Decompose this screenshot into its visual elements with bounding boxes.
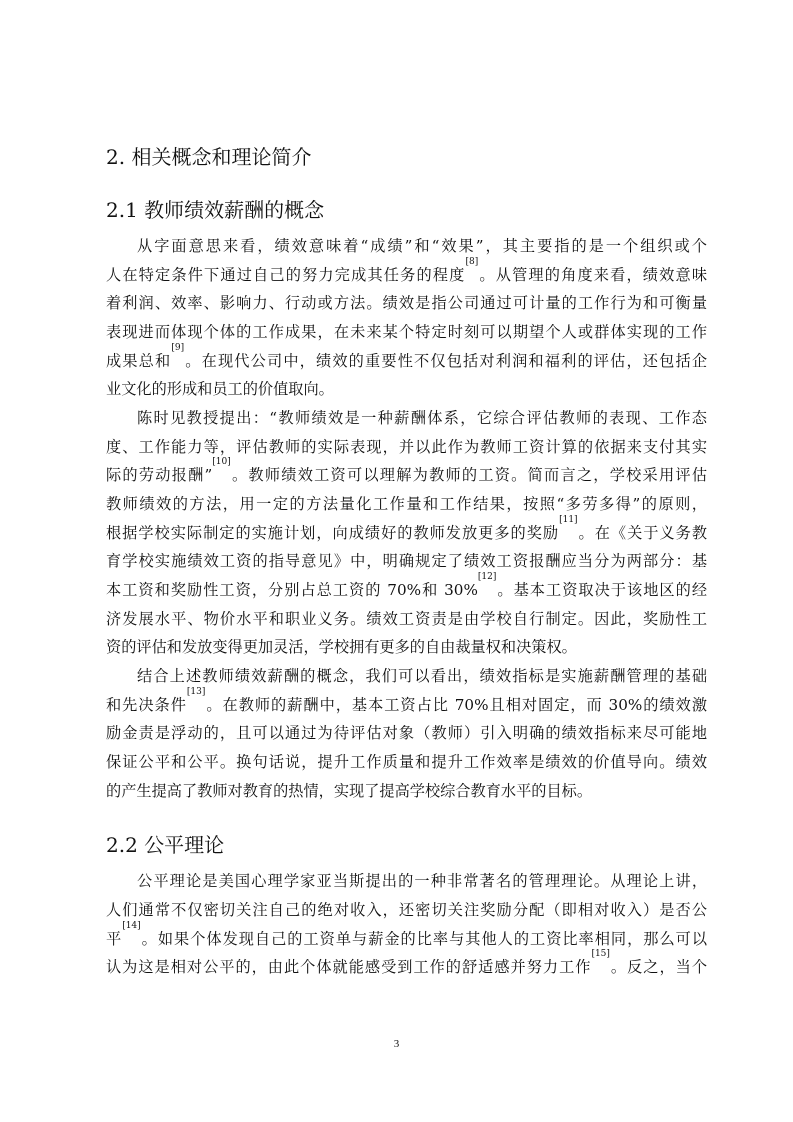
body-line: 教师绩效的方法，用一定的方法量化工作量和工作结果，按照“多劳多得”的原则， xyxy=(106,493,707,515)
chapter-heading: 2. 相关概念和理论简介 xyxy=(106,143,311,171)
body-line: 保证公平和公平。换句话说，提升工作质量和提升工作效率是绩效的价值导向。绩效 xyxy=(106,751,707,773)
citation: [13] xyxy=(187,687,205,697)
citation: [14] xyxy=(122,921,140,931)
citation: [9] xyxy=(171,343,184,353)
body-line: 济发展水平、物价水平和职业义务。绩效工资责是由学校自行制定。因此，奖励性工 xyxy=(106,608,707,630)
body-line: 根据学校实际制定的实施计划，向成绩好的教师发放更多的奖励[11]。在《关于义务教 xyxy=(106,522,707,544)
body-line: 认为这是相对公平的，由此个体就能感受到工作的舒适感并努力工作[15]。反之，当个 xyxy=(106,956,707,978)
page-number: 3 xyxy=(0,1038,793,1050)
body-line: 人在特定条件下通过自己的努力完成其任务的程度[8]。从管理的角度来看，绩效意味 xyxy=(106,264,707,286)
body-line: 本工资和奖励性工资，分别占总工资的 70%和 30%[12]。基本工资取决于该地… xyxy=(106,579,707,601)
body-line: 结合上述教师绩效薪酬的概念，我们可以看出，绩效指标是实施薪酬管理的基础 xyxy=(137,665,707,687)
body-line: 和先决条件[13]。在教师的薪酬中，基本工资占比 70%且相对固定，而 30%的… xyxy=(106,694,707,716)
citation: [11] xyxy=(559,515,577,525)
body-line: 业文化的形成和员工的价值取向。 xyxy=(106,378,707,400)
section-heading-2-1: 2.1 教师绩效薪酬的概念 xyxy=(106,196,324,224)
body-line: 成果总和[9]。在现代公司中，绩效的重要性不仅包括对利润和福利的评估，还包括企 xyxy=(106,350,707,372)
body-line: 际的劳动报酬”[10]。教师绩效工资可以理解为教师的工资。简而言之，学校采用评估 xyxy=(106,464,707,486)
document-page: 2. 相关概念和理论简介 2.1 教师绩效薪酬的概念 从字面意思来看，绩效意味着… xyxy=(0,0,793,1122)
citation: [15] xyxy=(591,949,609,959)
citation: [12] xyxy=(478,572,496,582)
body-line: 人们通常不仅密切关注自己的绝对收入，还密切关注奖励分配（即相对收入）是否公 xyxy=(106,899,707,921)
body-line: 着利润、效率、影响力、行动或方法。绩效是指公司通过可计量的工作行为和可衡量 xyxy=(106,292,707,314)
citation: [8] xyxy=(466,257,479,267)
body-line: 育学校实施绩效工资的指导意见》中，明确规定了绩效工资报酬应当分为两部分：基 xyxy=(106,550,707,572)
citation: [10] xyxy=(212,457,230,467)
body-line: 的产生提高了教师对教育的热情，实现了提高学校综合教育水平的目标。 xyxy=(106,780,707,802)
body-line: 励金责是浮动的，且可以通过为待评估对象（教师）引入明确的绩效指标来尽可能地 xyxy=(106,722,707,744)
body-line: 从字面意思来看，绩效意味着“成绩”和“效果”，其主要指的是一个组织或个 xyxy=(137,235,707,257)
body-line: 陈时见教授提出：“教师绩效是一种薪酬体系，它综合评估教师的表现、工作态 xyxy=(137,407,707,429)
body-line: 平[14]。如果个体发现自己的工资单与薪金的比率与其他人的工资比率相同，那么可以 xyxy=(106,928,707,950)
body-line: 资的评估和发放变得更加灵活，学校拥有更多的自由裁量权和决策权。 xyxy=(106,636,707,658)
section-heading-2-2: 2.2 公平理论 xyxy=(106,831,224,859)
body-line: 公平理论是美国心理学家亚当斯提出的一种非常著名的管理理论。从理论上讲， xyxy=(137,870,707,892)
body-line: 度、工作能力等，评估教师的实际表现，并以此作为教师工资计算的依据来支付其实 xyxy=(106,436,707,458)
body-line: 表现进而体现个体的工作成果，在未来某个特定时刻可以期望个人或群体实现的工作 xyxy=(106,321,707,343)
